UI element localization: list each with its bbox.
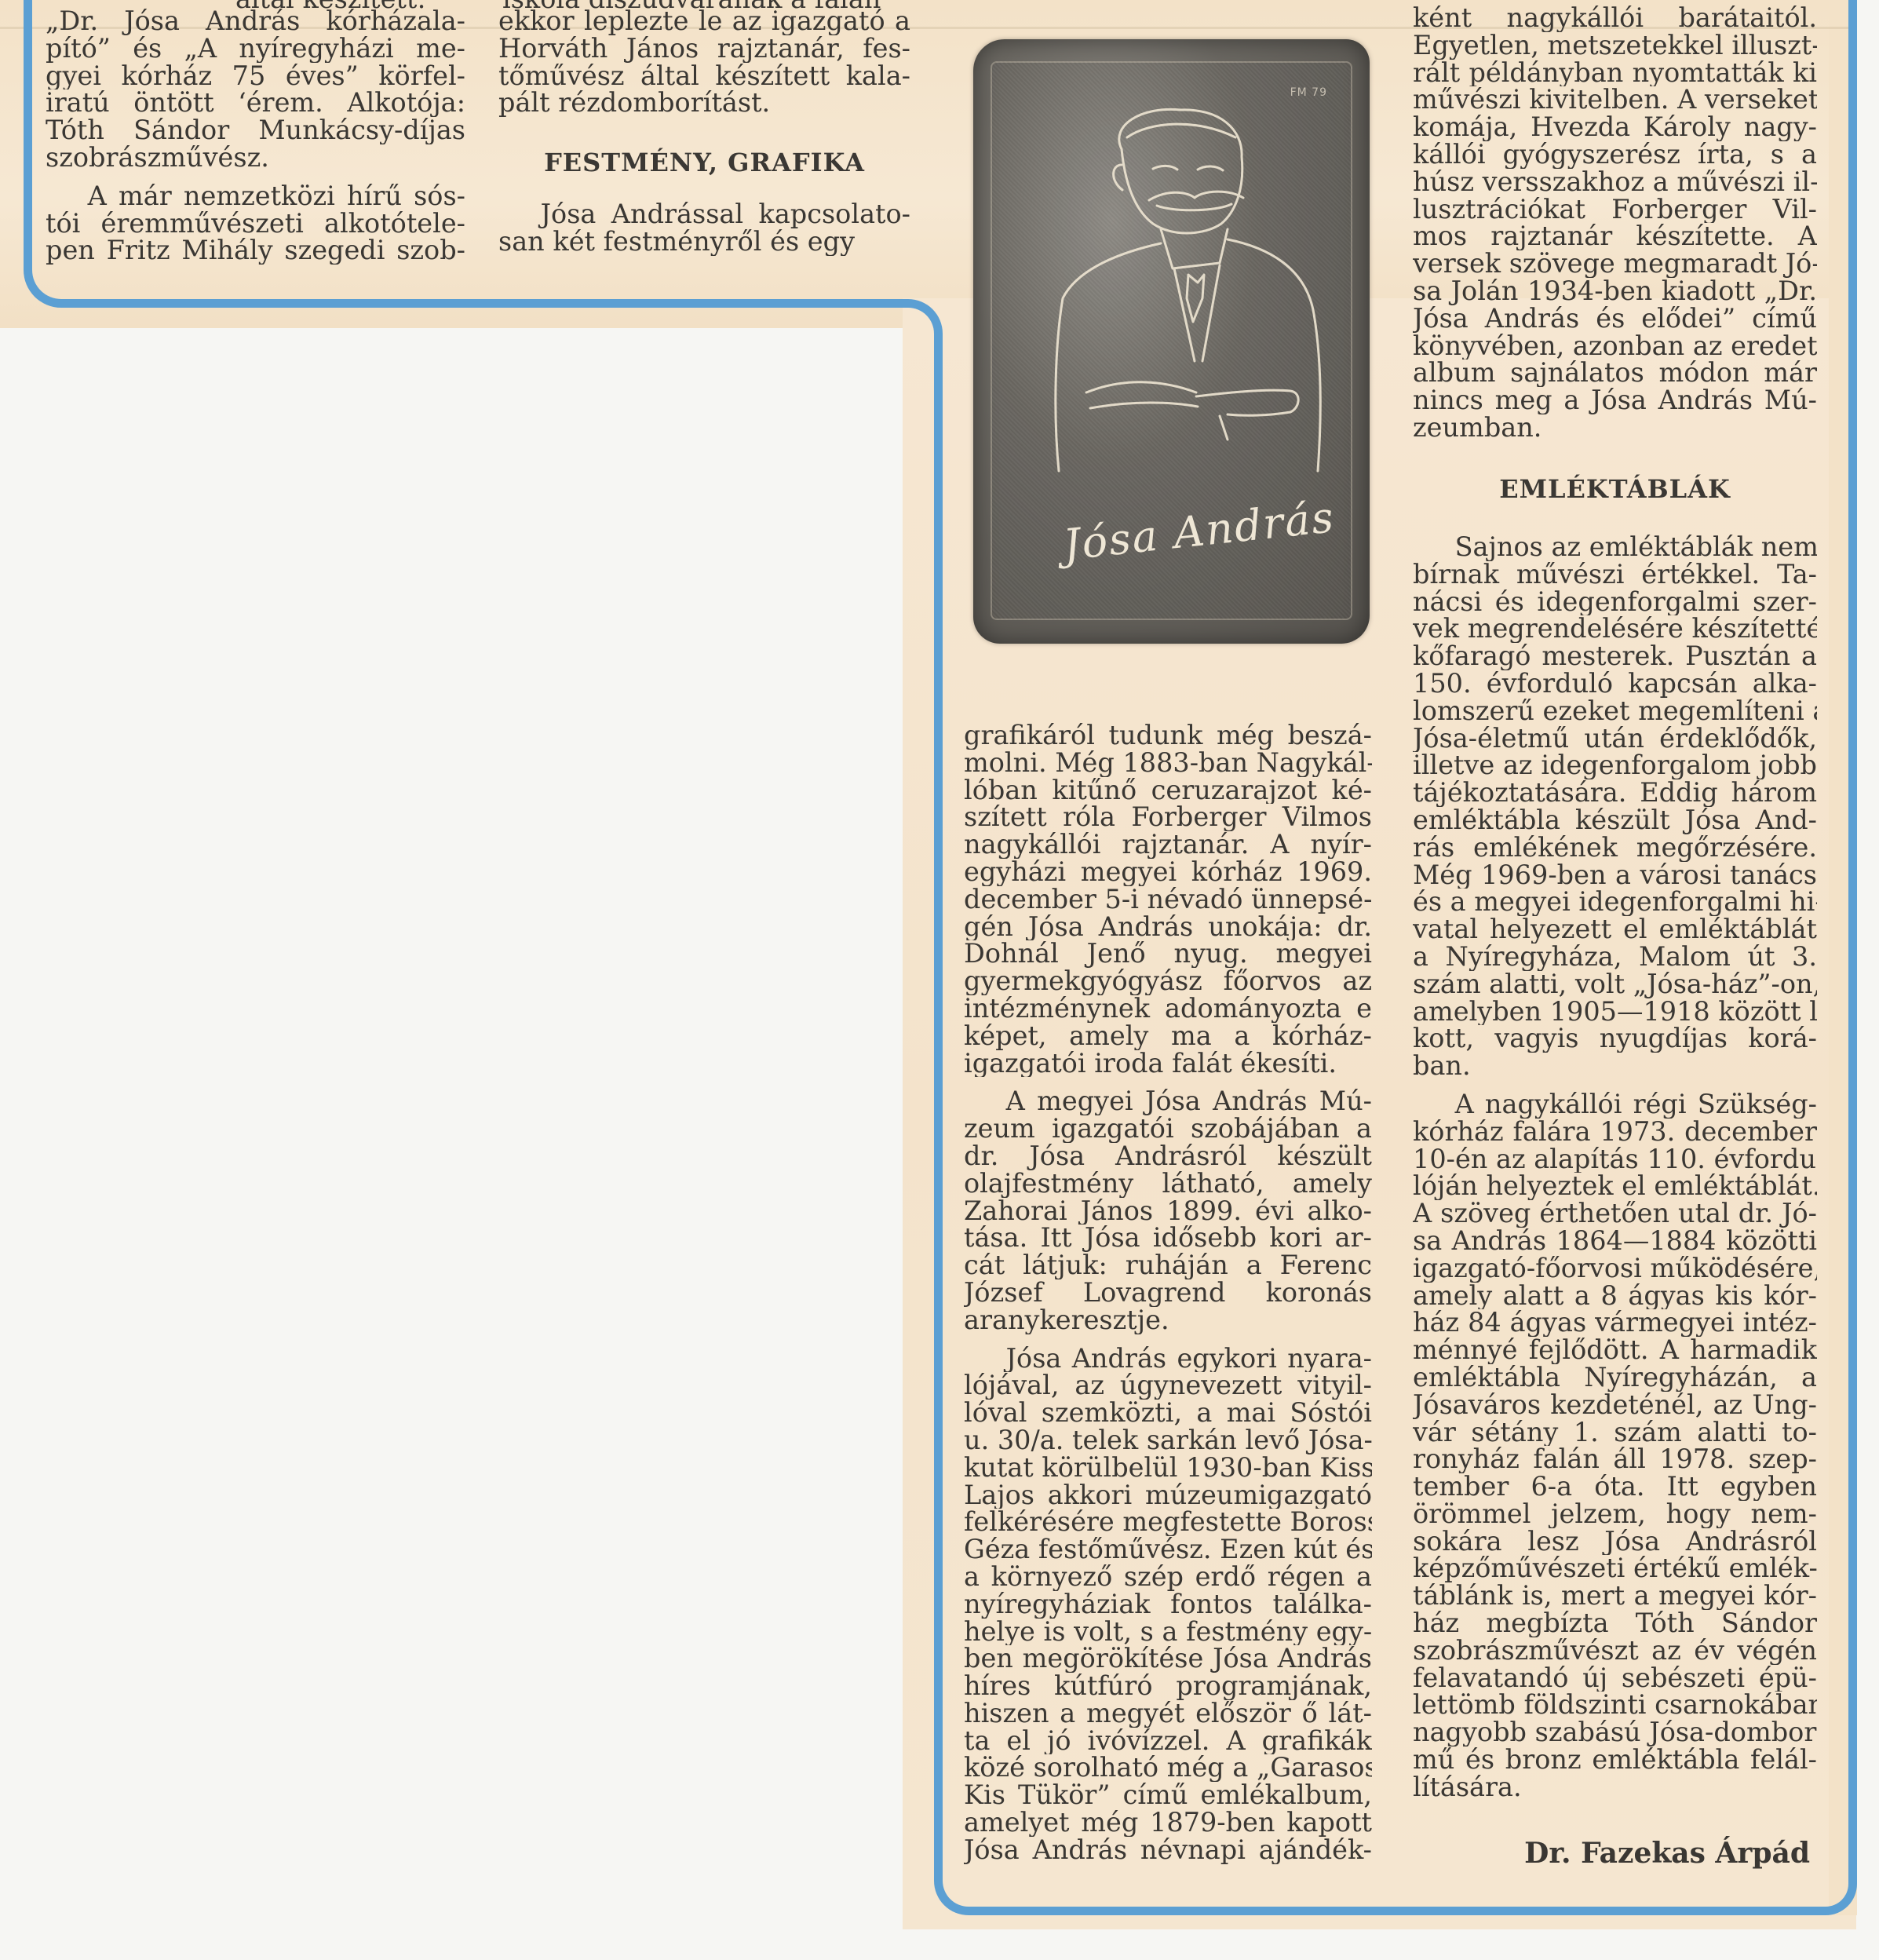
text-line: ban. <box>1413 1053 1817 1080</box>
frame-border-step <box>63 299 899 308</box>
author-byline: Dr. Fazekas Árpád <box>1524 1837 1810 1870</box>
paragraph: A nagykállói régi Szükség-kórház falára … <box>1413 1091 1817 1801</box>
text-line: lomszerű ezeket megemlíteni a <box>1413 698 1817 725</box>
text-line: igazgatói iroda falát ékesíti. <box>964 1050 1372 1078</box>
text-line: pált rézdomborítást. <box>498 89 910 117</box>
frame-border-bottom <box>973 1907 1825 1915</box>
text-line: olajfestmény látható, amely <box>964 1170 1372 1198</box>
text-line: rált példányban nyomtatták ki <box>1413 60 1817 87</box>
text-line: 10-én az alapítás 110. évfordu- <box>1413 1146 1817 1173</box>
text-line: kórház falára 1973. december <box>1413 1119 1817 1146</box>
text-column-left: „Dr. Jósa András kórházala-pító” és „A n… <box>46 8 465 265</box>
text-line: nácsi és idegenforgalmi szer- <box>1413 589 1817 616</box>
text-line: tói éremművészeti alkotótele- <box>46 210 465 238</box>
text-line: Horváth János rajztanár, fes- <box>498 35 910 63</box>
text-column-right: ként nagykállói barátaitól.Egyetlen, met… <box>1413 5 1817 442</box>
text-line: pító” és „A nyíregyházi me- <box>46 35 465 63</box>
text-line: képzőművészeti értékű emlék- <box>1413 1555 1817 1582</box>
text-line: Jósa András és elődei” című <box>1413 305 1817 333</box>
text-line: lítására. <box>1413 1774 1817 1801</box>
portrait-artist-mark: FM 79 <box>1290 86 1327 99</box>
text-column-middle-top-after-heading: Jósa Andrással kapcsolato-san két festmé… <box>498 201 910 256</box>
text-line: ronyház falán áll 1978. szep- <box>1413 1446 1817 1473</box>
text-line: A szöveg érthetően utal dr. Jó- <box>1413 1200 1817 1228</box>
text-line: felavatandó új sebészeti épü- <box>1413 1665 1817 1692</box>
text-line: Tóth Sándor Munkácsy-díjas <box>46 117 465 144</box>
text-line: u. 30/a. telek sarkán levő Jósa- <box>964 1427 1372 1454</box>
section-heading-festmeny-grafika: FESTMÉNY, GRAFIKA <box>498 148 910 177</box>
text-line: táblánk is, mert a megyei kór- <box>1413 1582 1817 1610</box>
text-line: igazgató-főorvosi működésére, <box>1413 1255 1817 1283</box>
text-line: Kis Tükör” című emlékalbum, <box>964 1782 1372 1809</box>
text-line: molni. Még 1883-ban Nagykál- <box>964 750 1372 777</box>
text-line: nagyobb szabású Jósa-dombor- <box>1413 1719 1817 1746</box>
text-line: tájékoztatására. Eddig három <box>1413 779 1817 807</box>
text-line: Még 1969-ben a városi tanács <box>1413 862 1817 889</box>
text-line: kőfaragó mesterek. Pusztán a <box>1413 643 1817 670</box>
text-line: szám alatti, volt „Jósa-ház”-on, <box>1413 971 1817 998</box>
text-line: kutat körülbelül 1930-ban Kiss <box>964 1454 1372 1482</box>
text-line: Jósa Andrással kapcsolato- <box>498 201 910 228</box>
text-line: lusztrációkat Forberger Vil- <box>1413 196 1817 224</box>
text-line: A megyei Jósa András Mú- <box>964 1088 1372 1115</box>
text-line: és a megyei idegenforgalmi hi- <box>1413 889 1817 916</box>
text-line: ekkor leplezte le az igazgató a <box>498 8 910 35</box>
text-line: Jósa-életmű után érdeklődők, <box>1413 725 1817 753</box>
paragraph: A már nemzetközi hírű sós-tói éremművész… <box>46 183 465 265</box>
paragraph: ként nagykállói barátaitól.Egyetlen, met… <box>1413 5 1817 442</box>
text-line: Egyetlen, metszetekkel illuszt- <box>1413 32 1817 60</box>
text-line: József Lovagrend koronás <box>964 1279 1372 1307</box>
text-line: bírnak művészi értékkel. Ta- <box>1413 561 1817 589</box>
text-line: rás emlékének megőrzésére. <box>1413 834 1817 862</box>
text-line: képet, amely ma a kórház- <box>964 1023 1372 1050</box>
text-line: dr. Jósa Andrásról készült <box>964 1143 1372 1170</box>
text-line: lóján helyeztek el emléktáblát. <box>1413 1173 1817 1200</box>
text-line: A nagykállói régi Szükség- <box>1413 1091 1817 1119</box>
text-line: kállói gyógyszerész írta, s a <box>1413 141 1817 169</box>
paragraph: ekkor leplezte le az igazgató aHorváth J… <box>498 8 910 117</box>
text-line: gyermekgyógyász főorvos az <box>964 968 1372 995</box>
text-line: a környező szép erdő régen a <box>964 1564 1372 1591</box>
text-line: örömmel jelzem, hogy nem- <box>1413 1501 1817 1528</box>
text-line: ben megörökítése Jósa András <box>964 1645 1372 1673</box>
paragraph: A megyei Jósa András Mú-zeum igazgatói s… <box>964 1088 1372 1334</box>
text-line: közé sorolható még a „Garasos <box>964 1754 1372 1782</box>
text-line: iratú öntött ‘érem. Alkotója: <box>46 89 465 117</box>
text-line: vár sétány 1. szám alatti to- <box>1413 1419 1817 1447</box>
text-line: szobrászművész. <box>46 144 465 172</box>
text-line: vek megrendelésére készítették <box>1413 615 1817 643</box>
frame-border-middle-left <box>934 338 943 1876</box>
text-line: ház megbízta Tóth Sándor <box>1413 1610 1817 1637</box>
text-line: Jósa András névnapi ajándék- <box>964 1837 1372 1864</box>
text-line: amely alatt a 8 ágyas kis kór- <box>1413 1283 1817 1310</box>
text-line: kott, vagyis nyugdíjas korá- <box>1413 1025 1817 1053</box>
frame-border-left <box>24 0 32 267</box>
text-line: sokára lesz Jósa Andrásról <box>1413 1528 1817 1556</box>
text-line: nincs meg a Jósa András Mú- <box>1413 387 1817 414</box>
text-line: mos rajztanár készítette. A <box>1413 223 1817 250</box>
text-line: Géza festőművész. Ezen kút és <box>964 1536 1372 1564</box>
paragraph: Jósa Andrással kapcsolato-san két festmé… <box>498 201 910 256</box>
text-line: a Nyíregyháza, Malom út 3. <box>1413 944 1817 971</box>
text-line: felkérésére megfestette Boross <box>964 1509 1372 1536</box>
text-line: ként nagykállói barátaitól. <box>1413 5 1817 32</box>
text-line: vatal helyezett el emléktáblát <box>1413 916 1817 944</box>
section-heading-emlektablak: EMLÉKTÁBLÁK <box>1413 474 1817 504</box>
text-line: amelyet még 1879-ben kapott <box>964 1809 1372 1837</box>
portrait-image: FM 79 Jósa András <box>959 12 1389 663</box>
text-line: sa Jolán 1934-ben kiadott „Dr. <box>1413 278 1817 305</box>
text-line: tása. Itt Jósa idősebb kori ar- <box>964 1225 1372 1252</box>
text-line: zeumban. <box>1413 414 1817 442</box>
text-line: emléktábla Nyíregyházán, a <box>1413 1364 1817 1392</box>
paragraph: Jósa András egykori nyara-lójával, az úg… <box>964 1345 1372 1864</box>
text-line: san két festményről és egy <box>498 228 910 256</box>
text-column-middle-top: ekkor leplezte le az igazgató aHorváth J… <box>498 8 910 117</box>
portrait-plaque: FM 79 Jósa András <box>973 39 1370 644</box>
text-line: illetve az idegenforgalom jobb <box>1413 752 1817 779</box>
text-line: tember 6-a óta. Itt egyben <box>1413 1473 1817 1501</box>
text-line: művészi kivitelben. A verseket <box>1413 86 1817 114</box>
text-line: Sajnos az emléktáblák nem <box>1413 534 1817 561</box>
text-line: nagykállói rajztanár. A nyír- <box>964 831 1372 859</box>
paragraph: Sajnos az emléktáblák nembírnak művészi … <box>1413 534 1817 1080</box>
text-line: Jósaváros kezdeténél, az Ung- <box>1413 1392 1817 1419</box>
text-line: húsz versszakhoz a művészi il- <box>1413 169 1817 196</box>
text-line: szobrászművészt az év végén <box>1413 1637 1817 1665</box>
text-line: könyvében, azonban az eredeti <box>1413 333 1817 360</box>
text-line: december 5-i névadó ünnepsé- <box>964 886 1372 914</box>
text-line: intézménynek adományozta e <box>964 995 1372 1023</box>
text-line: komája, Hvezda Károly nagy- <box>1413 114 1817 141</box>
text-line: aranykeresztje. <box>964 1307 1372 1334</box>
text-line: tőművész által készített kala- <box>498 63 910 90</box>
text-line: „Dr. Jósa András kórházala- <box>46 8 465 35</box>
text-line: emléktábla készült Jósa And- <box>1413 807 1817 834</box>
text-line: lóban kitűnő ceruzarajzot ké- <box>964 777 1372 805</box>
text-line: ta el jó ivóvízzel. A grafikák <box>964 1728 1372 1755</box>
text-line: cát látjuk: ruháján a Ferenc <box>964 1252 1372 1279</box>
text-line: pen Fritz Mihály szegedi szob- <box>46 237 465 265</box>
paragraph: „Dr. Jósa András kórházala-pító” és „A n… <box>46 8 465 172</box>
text-line: hiszen a megyét először ő lát- <box>964 1700 1372 1728</box>
text-line: Lajos akkori múzeumigazgató <box>964 1482 1372 1509</box>
text-line: híres kútfúró programjának, <box>964 1673 1372 1700</box>
portrait-frame: FM 79 Jósa András <box>991 61 1352 620</box>
text-line: Dohnál Jenő nyug. megyei <box>964 940 1372 968</box>
paragraph: grafikáról tudunk még beszá-molni. Még 1… <box>964 722 1372 1077</box>
text-column-middle: grafikáról tudunk még beszá-molni. Még 1… <box>964 722 1372 1864</box>
text-line: zeum igazgatói szobájában a <box>964 1115 1372 1143</box>
text-line: grafikáról tudunk még beszá- <box>964 722 1372 750</box>
text-line: lettömb földszinti csarnokában <box>1413 1692 1817 1719</box>
text-line: ménnyé fejlődött. A harmadik <box>1413 1337 1817 1364</box>
text-line: A már nemzetközi hírű sós- <box>46 183 465 210</box>
text-line: 150. évforduló kapcsán alka- <box>1413 670 1817 698</box>
text-line: szített róla Forberger Vilmos <box>964 804 1372 831</box>
text-line: amelyben 1905—1918 között la- <box>1413 998 1817 1026</box>
text-line: helye is volt, s a festmény egy- <box>964 1619 1372 1646</box>
text-line: Zahorai János 1899. évi alko- <box>964 1198 1372 1225</box>
text-line: lójával, az úgynevezett vityil- <box>964 1372 1372 1400</box>
text-line: gén Jósa András unokája: dr. <box>964 914 1372 941</box>
text-line: album sajnálatos módon már <box>1413 360 1817 387</box>
text-line: lóval szemközti, a mai Sóstói <box>964 1400 1372 1427</box>
text-line: mű és bronz emléktábla felál- <box>1413 1746 1817 1774</box>
text-line: sa András 1864—1884 közötti <box>1413 1228 1817 1255</box>
text-line: ház 84 ágyas vármegyei intéz- <box>1413 1309 1817 1337</box>
text-column-right-after-heading: Sajnos az emléktáblák nembírnak művészi … <box>1413 534 1817 1801</box>
text-line: gyei kórház 75 éves” körfel- <box>46 63 465 90</box>
frame-border-right <box>1848 0 1857 1876</box>
text-line: versek szövege megmaradt Jó- <box>1413 250 1817 278</box>
text-line: Jósa András egykori nyara- <box>964 1345 1372 1373</box>
text-line: egyházi megyei kórház 1969. <box>964 859 1372 886</box>
text-line: nyíregyháziak fontos találka- <box>964 1591 1372 1619</box>
